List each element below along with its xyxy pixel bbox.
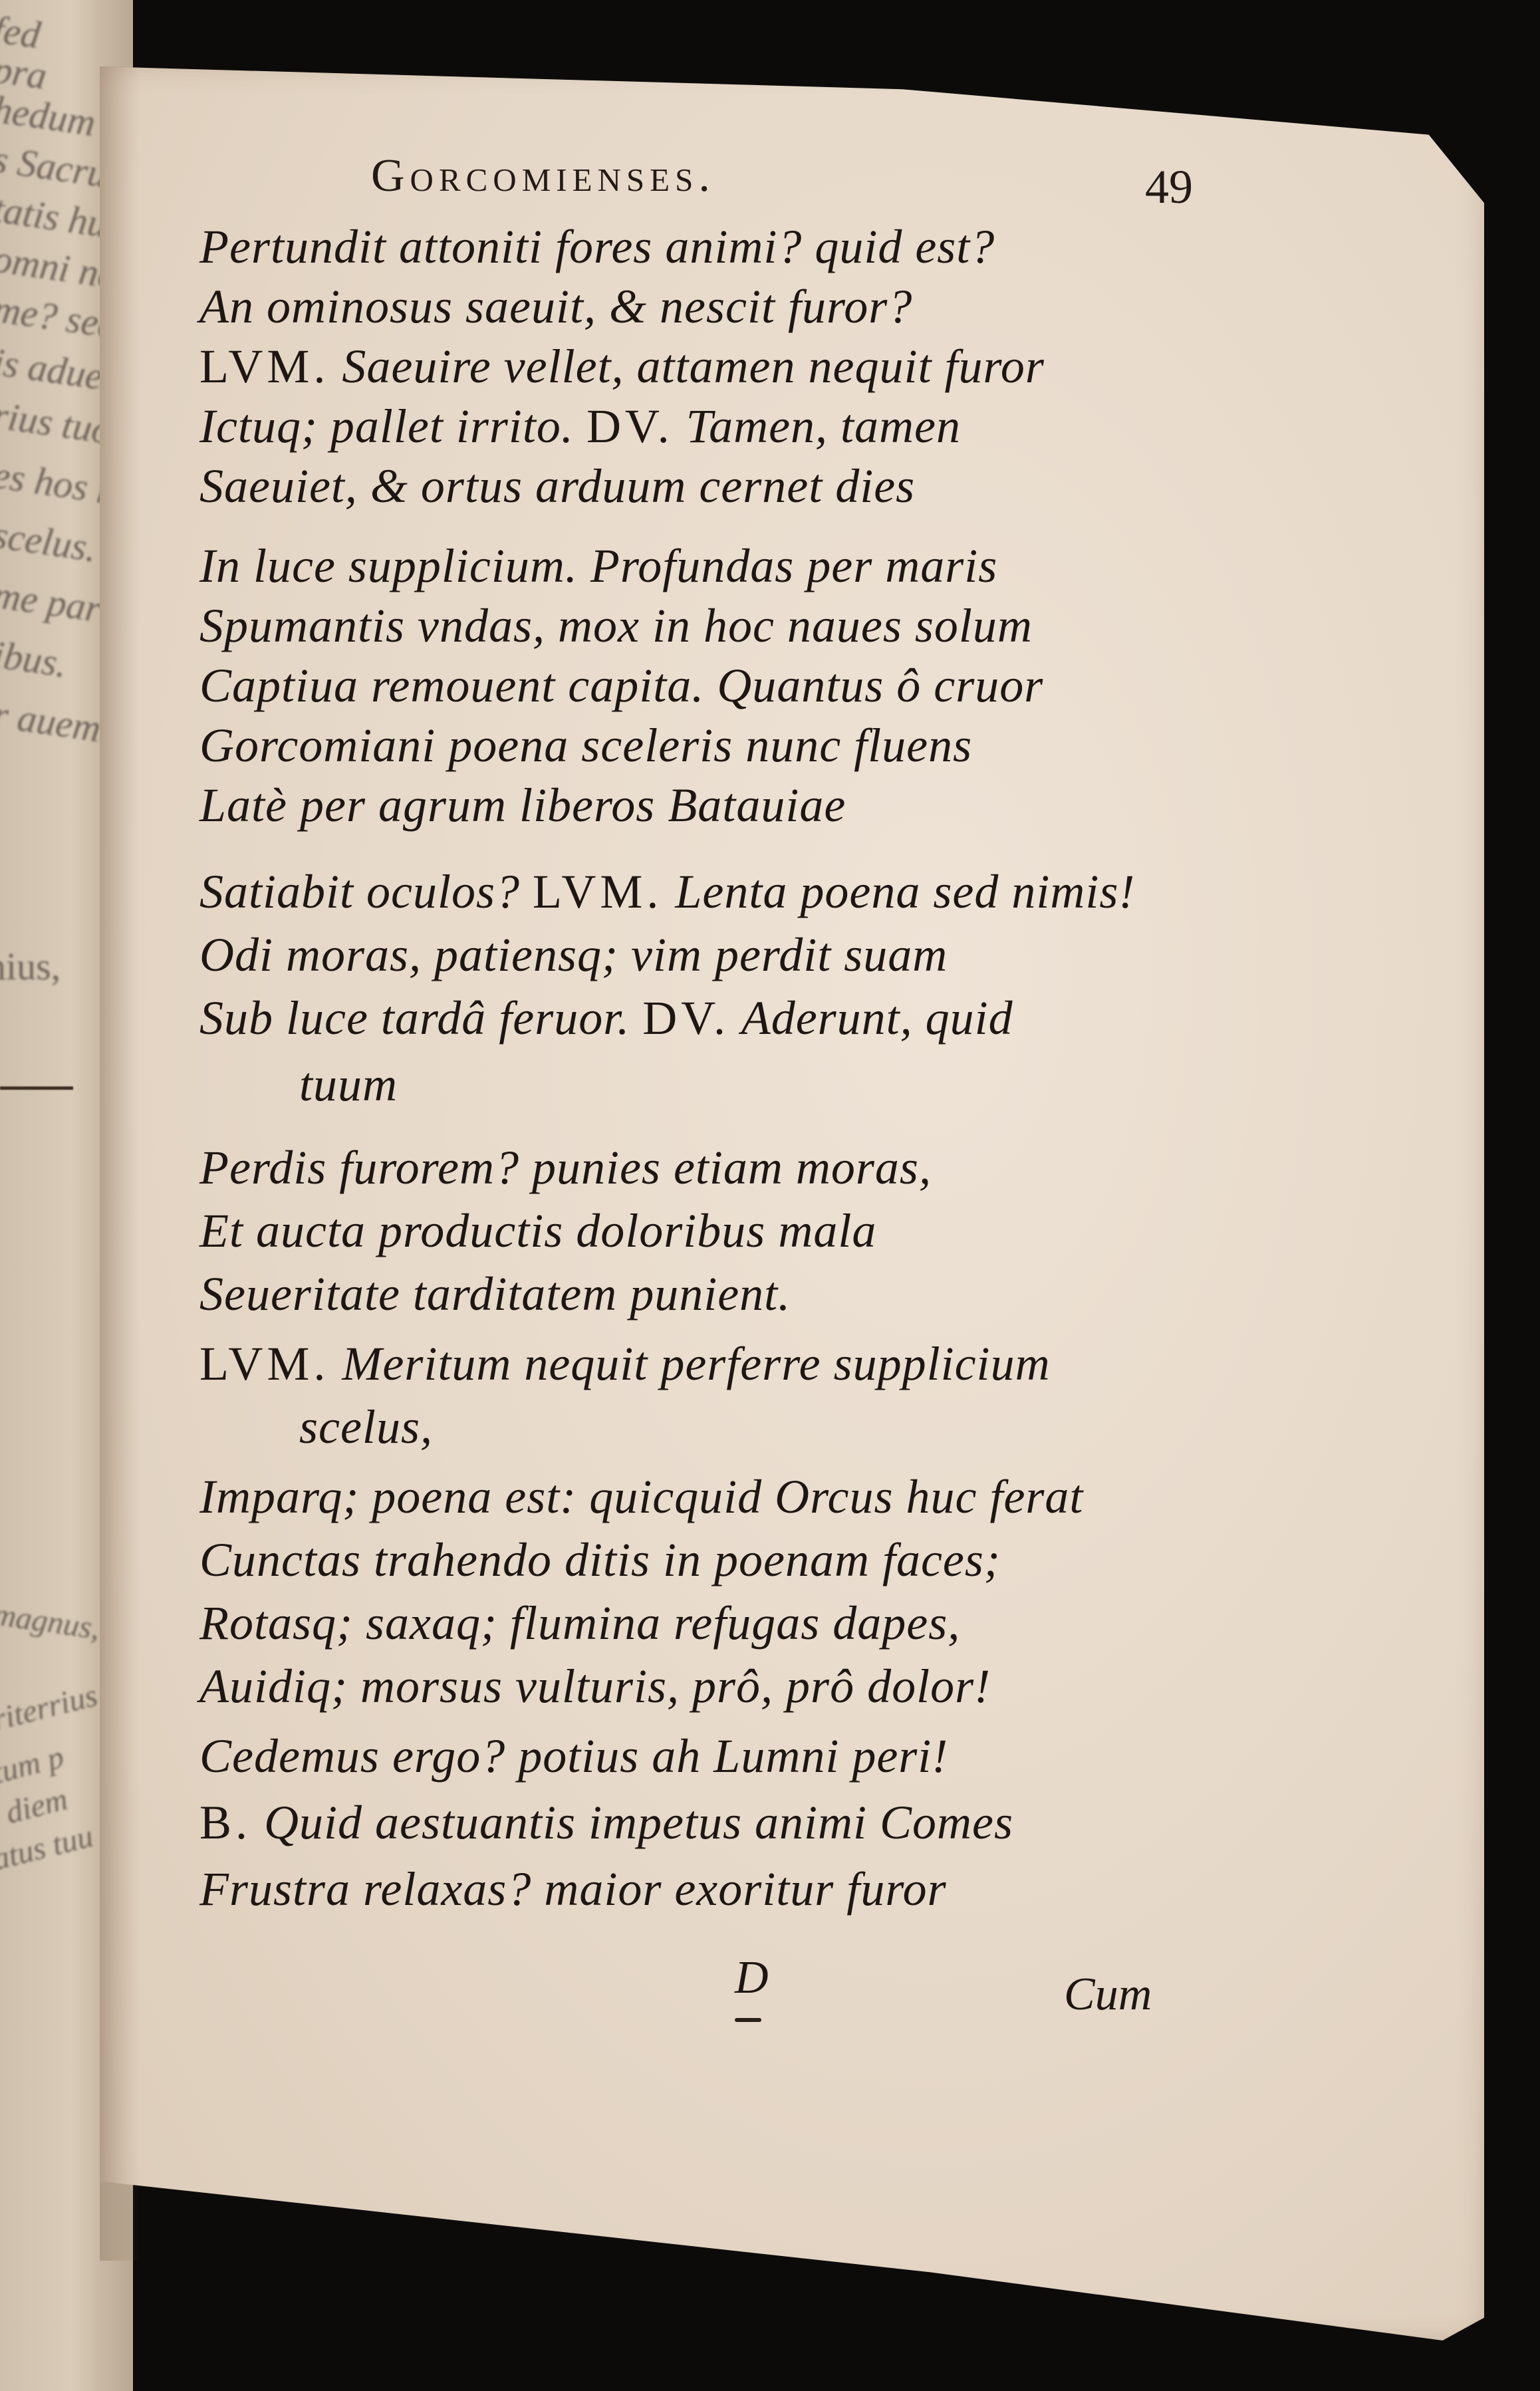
verse-line: Imparq; poena est: quicquid Orcus huc fe… — [199, 1469, 1083, 1525]
verse-line: Odi moras, patiensq; vim perdit suam — [199, 928, 948, 983]
running-head: Gorcomienses. — [371, 150, 715, 203]
facing-page-fragment: r auem. — [0, 692, 113, 752]
verse-line: In luce supplicium. Profundas per maris — [199, 539, 997, 594]
verse-line: Cunctas trahendo ditis in poenam faces; — [199, 1533, 1001, 1588]
signature-mark: D — [735, 1951, 769, 2005]
verse-line: Perdis furorem? punies etiam moras, — [199, 1140, 932, 1195]
facing-page-rule — [0, 1086, 73, 1090]
verse-line: Captiua remouent capita. Quantus ô cruor — [199, 658, 1043, 713]
page-gutter-shadow — [100, 66, 140, 2261]
page-number: 49 — [1145, 160, 1193, 215]
speaker-label: B. — [199, 1796, 251, 1849]
verse-line: Cedemus ergo? potius ah Lumni peri! — [199, 1729, 948, 1784]
speaker-label: DV. — [642, 991, 729, 1045]
verse-line: Frustra relaxas? maior exoritur furor — [199, 1862, 947, 1917]
facing-page-fragment: hedum — [0, 86, 98, 145]
facing-page-fragment: nius, — [0, 944, 61, 989]
speaker-label: LVM. — [199, 1337, 329, 1390]
verse-line: Latè per agrum liberos Batauiae — [199, 778, 846, 833]
signature-underline — [735, 2018, 761, 2022]
verse-line: Sub luce tardâ feruor. DV. Aderunt, quid — [199, 991, 1013, 1046]
verse-line: Saeuiet, & ortus arduum cernet dies — [199, 459, 915, 514]
verse-line: Seueritate tarditatem punient. — [199, 1267, 791, 1322]
facing-page-fragment: ibus. — [0, 632, 70, 686]
verse-line: LVM. Saeuire vellet, attamen nequit furo… — [199, 339, 1045, 394]
speaker-label: LVM. — [533, 865, 662, 918]
facing-page-fragment: scelus. — [0, 512, 99, 570]
verse-line-continuation: tuum — [299, 1057, 398, 1112]
catchword: Cum — [1064, 1968, 1152, 2021]
speaker-label: LVM. — [199, 340, 329, 393]
verse-line: Ictuq; pallet irrito. DV. Tamen, tamen — [199, 399, 961, 454]
verse-line: Satiabit oculos? LVM. Lenta poena sed ni… — [199, 864, 1135, 920]
verse-line: Gorcomiani poena sceleris nunc fluens — [199, 718, 972, 773]
verse-line: Et aucta productis doloribus mala — [199, 1203, 876, 1259]
verse-line: B. Quid aestuantis impetus animi Comes — [199, 1795, 1013, 1850]
speaker-label: DV. — [586, 400, 674, 453]
facing-page-fragment: tatis hu — [0, 186, 110, 246]
verse-line: Auidiq; morsus vulturis, prô, prô dolor! — [199, 1659, 991, 1714]
verse-line-continuation: scelus, — [299, 1400, 433, 1455]
verse-line: LVM. Meritum nequit perferre supplicium — [199, 1336, 1051, 1392]
verse-line: Rotasq; saxaq; flumina refugas dapes, — [199, 1596, 960, 1651]
verse-line: Pertundit attoniti fores animi? quid est… — [199, 219, 995, 275]
verse-line: Spumantis vndas, mox in hoc naues solum — [199, 598, 1033, 654]
verse-line: An ominosus saeuit, & nescit furor? — [199, 279, 912, 334]
